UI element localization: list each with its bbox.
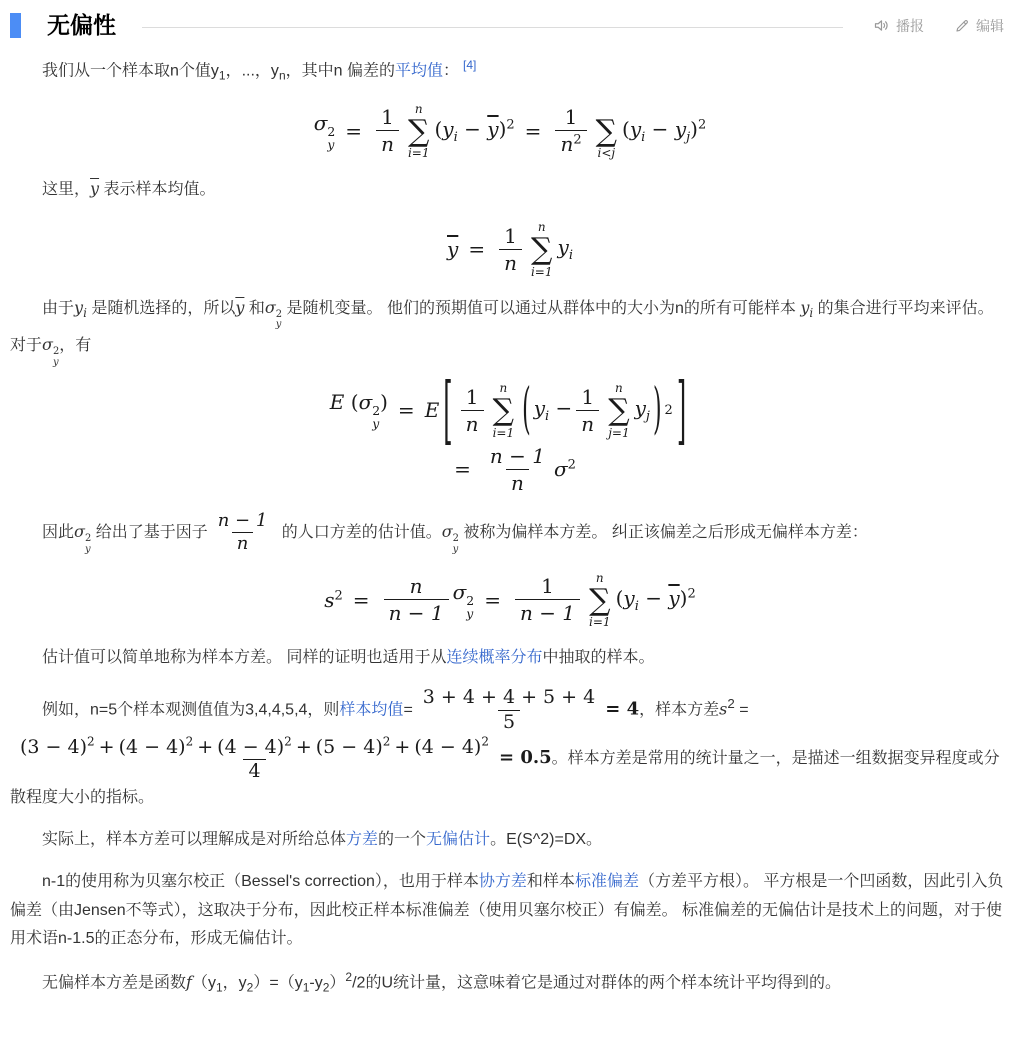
paragraph-bessel-correction: n-1的使用称为贝塞尔校正（Bessel's correction），也用于样本… xyxy=(10,868,1010,954)
header-divider xyxy=(142,27,843,28)
right-bracket: ] xyxy=(677,367,686,454)
paragraph-example: 例如，n=5个样本观测值值为3,4,4,5,4，则样本均值=3 + 4 + 4 … xyxy=(10,686,1010,813)
link-variance[interactable]: 方差 xyxy=(346,831,378,848)
link-continuous-probability-distribution[interactable]: 连续概率分布 xyxy=(446,649,542,666)
article-section: 无偏性 播报 编辑 我们从一个样本取n个值y1，...，yn，其中n 偏差的平均… xyxy=(0,0,1020,1030)
broadcast-label: 播报 xyxy=(896,16,924,36)
link-sample-mean[interactable]: 样本均值 xyxy=(339,701,403,718)
left-paren: ( xyxy=(522,379,531,442)
paragraph-ybar-note: 这里，y 表示样本均值。 xyxy=(10,175,1010,205)
fraction: 1n2 xyxy=(555,104,586,157)
paragraph-unbiased-estimator: 实际上，样本方差可以理解成是对所给总体方差的一个无偏估计。E(S^2)=DX。 xyxy=(10,826,1010,855)
link-average-value[interactable]: 平均值 xyxy=(395,62,443,79)
pencil-icon xyxy=(954,18,970,34)
formula-sample-mean: y = 1n n∑i=1 yi xyxy=(10,221,1010,278)
formula-biased-sample-variance: σ2y = 1n n∑i=1 (yi − y)2 = 1n2 ∑i<j (yi … xyxy=(10,103,1010,160)
link-unbiased-estimate[interactable]: 无偏估计 xyxy=(426,831,490,848)
summation: n∑i=1 xyxy=(408,103,430,160)
summation: n∑j=1 xyxy=(608,382,629,439)
broadcast-button[interactable]: 播报 xyxy=(873,16,924,36)
header-actions: 播报 编辑 xyxy=(873,16,1010,36)
section-title: 无偏性 xyxy=(47,12,116,40)
fraction: 1n xyxy=(461,384,484,437)
speaker-icon xyxy=(873,17,890,34)
inline-fraction: n − 1n xyxy=(213,510,273,556)
summation: ∑i<j xyxy=(596,103,617,160)
fraction: n − 1n xyxy=(485,443,550,496)
fraction: nn − 1 xyxy=(384,573,449,626)
paragraph-estimate-note: 估计值可以简单地称为样本方差。 同样的证明也适用于从连续概率分布中抽取的样本。 xyxy=(10,644,1010,673)
paragraph-intro: 我们从一个样本取n个值y1，...，yn，其中n 偏差的平均值：[4] xyxy=(10,55,1010,87)
summation: n∑i=1 xyxy=(589,572,611,629)
fraction: 1n − 1 xyxy=(515,573,580,626)
paragraph-expectation: 由于yi 是随机选择的，所以y 和σ2y 是随机变量。 他们的预期值可以通过从群… xyxy=(10,294,1010,369)
paragraph-u-statistic: 无偏样本方差是函数f（y1，y2）=（y1-y2）2/2的U统计量，这意味着它是… xyxy=(10,967,1010,999)
summation: n∑i=1 xyxy=(531,221,553,278)
right-paren: ) xyxy=(653,379,662,442)
fraction: 1n xyxy=(376,104,399,157)
edit-button[interactable]: 编辑 xyxy=(954,16,1004,36)
paragraph-bias-factor: 因此σ2y 给出了基于因子n − 1n 的人口方差的估计值。σ2y 被称为偏样本… xyxy=(10,510,1010,556)
formula-expected-value: E (σ2y) = E [ 1n n∑i=1 ( yi − 1n n∑j=1 y… xyxy=(10,382,1010,496)
inline-fraction-mean: 3 + 4 + 4 + 5 + 45 xyxy=(418,686,600,735)
link-standard-deviation[interactable]: 标准偏差 xyxy=(575,873,639,890)
fraction: 1n xyxy=(499,223,522,276)
formula-unbiased-sample-variance: s2 = nn − 1 σ2y = 1n − 1 n∑i=1 (yi − y)2 xyxy=(10,572,1010,629)
citation-ref-4[interactable]: [4] xyxy=(463,58,476,72)
edit-label: 编辑 xyxy=(976,16,1004,36)
link-covariance[interactable]: 协方差 xyxy=(479,873,527,890)
left-bracket: [ xyxy=(443,367,452,454)
fraction: 1n xyxy=(576,384,599,437)
section-header: 无偏性 播报 编辑 xyxy=(10,8,1010,42)
accent-bar xyxy=(10,13,21,38)
summation: n∑i=1 xyxy=(493,382,515,439)
inline-fraction-variance: (3 − 4)2+(4 − 4)2+(4 − 4)2+(5 − 4)2+(4 −… xyxy=(15,734,494,784)
